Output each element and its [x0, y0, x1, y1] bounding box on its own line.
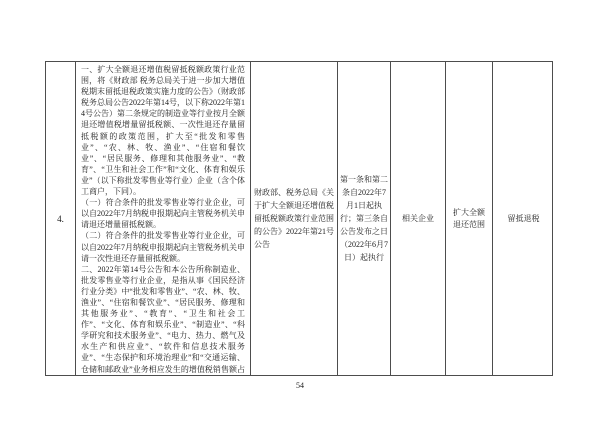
source-document-text: 财政部、税务总局《关于扩大全额退还增值税留抵税额政策行业范围的公告》2022年第… — [254, 186, 334, 251]
policy-category-cell: 留抵退税 — [493, 62, 554, 375]
policy-category-text: 留抵退税 — [508, 213, 540, 225]
policy-table-row: 4. 一、扩大全额退还增值税留抵税额政策行业范围，将《财政部 税务总局关于进一步… — [45, 61, 553, 376]
row-number: 4. — [57, 214, 64, 224]
applicable-entity-cell: 相关企业 — [391, 62, 446, 375]
policy-measure-text: 扩大全额退还范围 — [452, 207, 486, 231]
page-number: 54 — [0, 381, 600, 390]
policy-content-cell: 一、扩大全额退还增值税留抵税额政策行业范围，将《财政部 税务总局关于进一步加大增… — [76, 62, 251, 375]
policy-paragraph: 二、2022年第14号公告和本公告所称制造业、批发零售业等行业企业，是指从事《国… — [81, 264, 245, 375]
source-document-cell: 财政部、税务总局《关于扩大全额退还增值税留抵税额政策行业范围的公告》2022年第… — [251, 62, 338, 375]
policy-paragraph: 一、扩大全额退还增值税留抵税额政策行业范围，将《财政部 税务总局关于进一步加大增… — [81, 64, 245, 197]
policy-paragraph: （二）符合条件的批发零售业等行业企业，可以自2022年7月纳税申报期起向主管税务… — [81, 230, 245, 263]
effective-date-cell: 第一条和第二条自2022年7月1日起执行；第三条自公告发布之日（2022年6月7… — [338, 62, 391, 375]
applicable-entity-text: 相关企业 — [402, 213, 434, 225]
document-page: 4. 一、扩大全额退还增值税留抵税额政策行业范围，将《财政部 税务总局关于进一步… — [0, 0, 600, 424]
policy-measure-cell: 扩大全额退还范围 — [446, 62, 493, 375]
policy-paragraph: （一）符合条件的批发零售业等行业企业，可以自2022年7月纳税申报期起向主管税务… — [81, 197, 245, 230]
row-number-cell: 4. — [46, 62, 76, 375]
effective-date-text: 第一条和第二条自2022年7月1日起执行；第三条自公告发布之日（2022年6月7… — [340, 173, 388, 264]
